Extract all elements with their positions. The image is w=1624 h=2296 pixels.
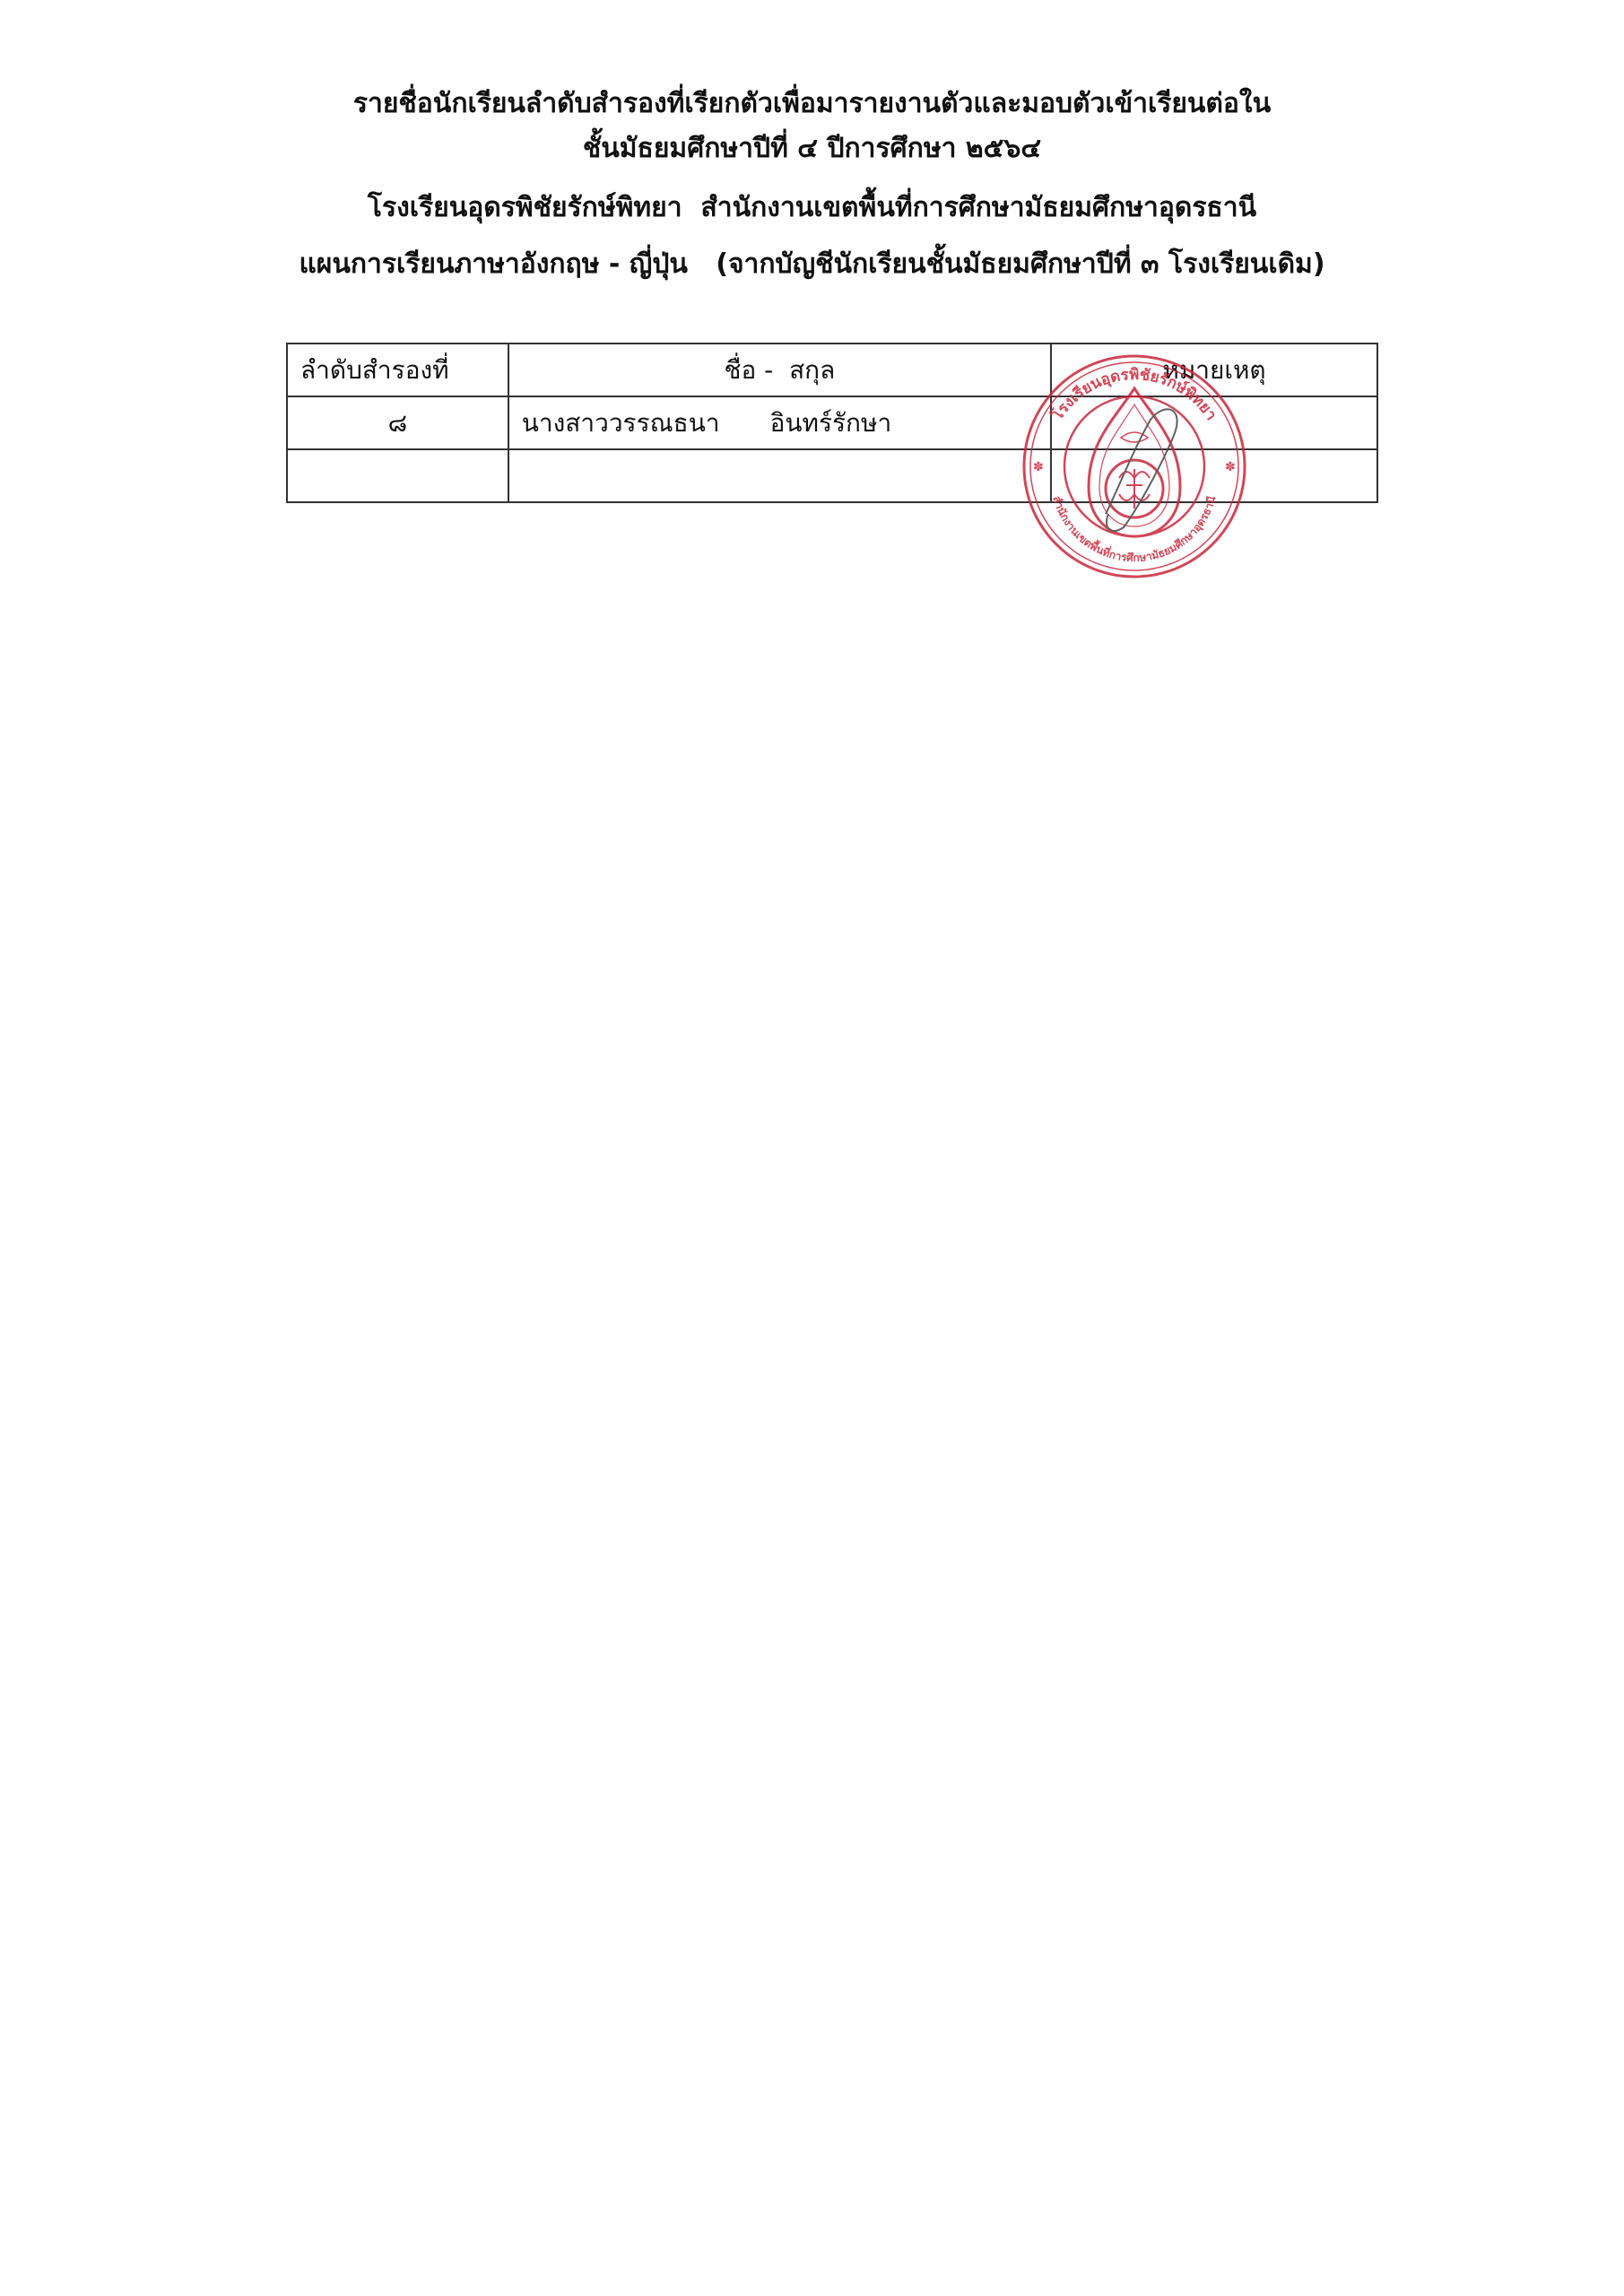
cell-order: ๘ xyxy=(287,396,508,449)
first-name: นางสาววรรณธนา xyxy=(522,408,720,438)
table-row: ๘ นางสาววรรณธนาอินทร์รักษา xyxy=(287,396,1377,449)
study-plan-line: แผนการเรียนภาษาอังกฤษ - ญี่ปุ่น (จากบัญช… xyxy=(0,247,1624,283)
reserve-student-table: ลำดับสำรองที่ ชื่อ - สกุล หมายเหตุ ๘ นาง… xyxy=(286,343,1378,503)
header-order: ลำดับสำรองที่ xyxy=(287,344,508,396)
last-name: อินทร์รักษา xyxy=(770,408,892,438)
document-title-line-2: ชั้นมัธยมศึกษาปีที่ ๔ ปีการศึกษา ๒๕๖๔ xyxy=(0,131,1624,167)
cell-name: นางสาววรรณธนาอินทร์รักษา xyxy=(508,396,1051,449)
cell-note xyxy=(1051,449,1377,502)
header-note: หมายเหตุ xyxy=(1051,344,1377,396)
cell-order xyxy=(287,449,508,502)
svg-text:สำนักงานเขตพื้นที่การศึกษามัธย: สำนักงานเขตพื้นที่การศึกษามัธยมศึกษาอุดร… xyxy=(1050,494,1218,564)
cell-name xyxy=(508,449,1051,502)
school-name-line: โรงเรียนอุดรพิชัยรักษ์พิทยา สำนักงานเขตพ… xyxy=(0,190,1624,226)
header-name: ชื่อ - สกุล xyxy=(508,344,1051,396)
table-header-row: ลำดับสำรองที่ ชื่อ - สกุล หมายเหตุ xyxy=(287,344,1377,396)
table-row xyxy=(287,449,1377,502)
document-title-line-1: รายชื่อนักเรียนลำดับสำรองที่เรียกตัวเพื่… xyxy=(0,86,1624,122)
cell-note xyxy=(1051,396,1377,449)
